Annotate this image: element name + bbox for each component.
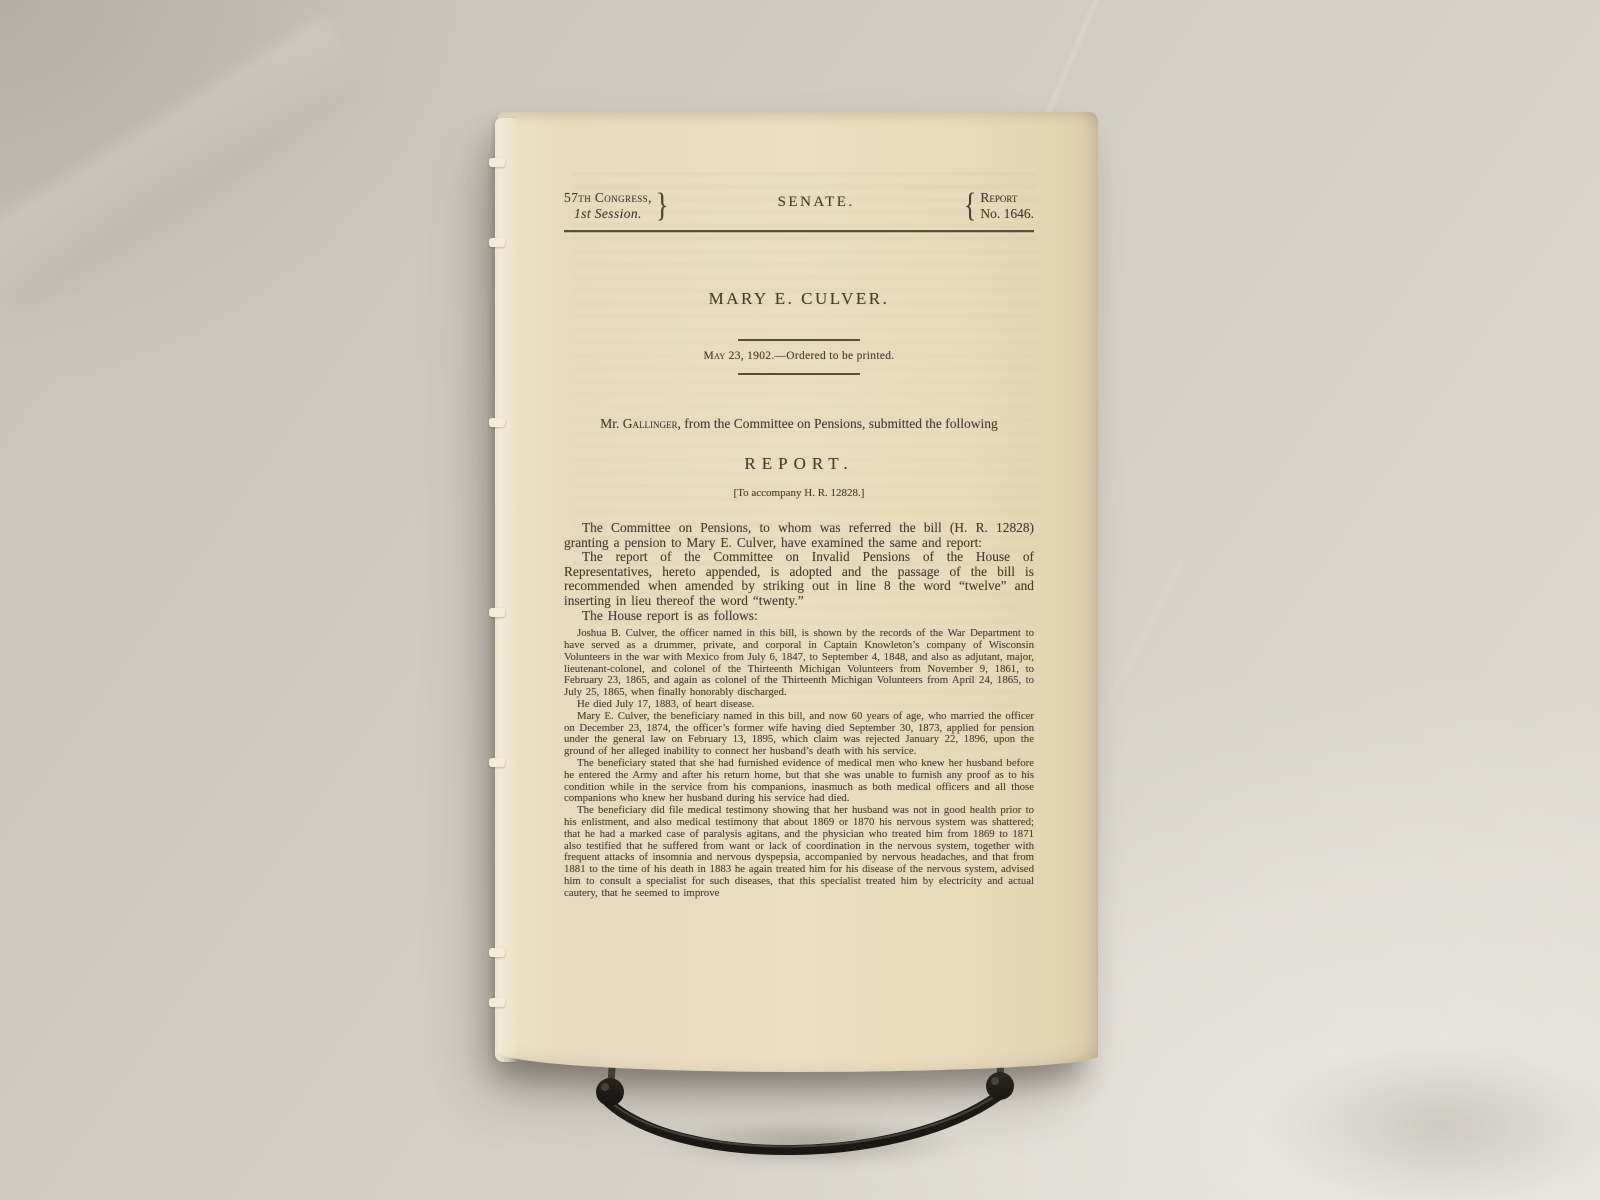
masthead: 57th Congress, 1st Session. } SENATE. { … [564, 184, 1034, 228]
photo-of-senate-report: { "colors": { "paper": "#e9dcc0", "fabri… [0, 0, 1600, 1200]
submitted-rest: , from the Committee on Pensions, submit… [678, 416, 998, 431]
paragraph: The Committee on Pensions, to whom was r… [564, 521, 1034, 550]
report-number: No. 1646. [980, 206, 1034, 222]
month-smallcaps: May [704, 350, 726, 362]
spine-notch [489, 758, 505, 767]
dateline-rest: 23, 1902.—Ordered to be printed. [726, 350, 895, 362]
stand-left-ball-highlight [601, 1083, 609, 1091]
right-brace-glyph: { [964, 189, 976, 223]
report-number-block: Report No. 1646. [980, 190, 1034, 222]
congress-line: 57th Congress, [564, 190, 652, 206]
chamber-title: SENATE. [670, 194, 962, 219]
submitted-line: Mr. Gallinger, from the Committee on Pen… [564, 415, 1034, 432]
spine-notch [489, 158, 505, 167]
divider-rule [738, 339, 860, 341]
paragraph: The report of the Committee on Invalid P… [564, 550, 1034, 608]
session-line: 1st Session. [564, 206, 652, 222]
paragraph: The beneficiary stated that she had furn… [564, 758, 1034, 805]
sewn-spine-edge [495, 118, 519, 1062]
senator-name: Gallinger [623, 416, 678, 431]
spine-notch [489, 948, 505, 957]
document-title: MARY E. CULVER. [564, 289, 1034, 309]
spine-notch [489, 998, 505, 1007]
report-heading: REPORT. [564, 454, 1034, 474]
house-report-extract: Joshua B. Culver, the officer named in t… [564, 628, 1034, 899]
paragraph: The House report is as follows: [564, 609, 1034, 624]
order-dateline: May 23, 1902.—Ordered to be printed. [564, 350, 1034, 362]
committee-report-body: The Committee on Pensions, to whom was r… [564, 521, 1034, 623]
honorific: Mr. [600, 416, 623, 431]
spine-notch [489, 418, 505, 427]
report-label: Report [980, 190, 1034, 206]
stand-right-ball [986, 1072, 1014, 1100]
report-page: 57th Congress, 1st Session. } SENATE. { … [564, 184, 1034, 1072]
spine-notch [489, 238, 505, 247]
paragraph: The beneficiary did file medical testimo… [564, 805, 1034, 899]
paragraph: He died July 17, 1883, of heart disease. [564, 699, 1034, 711]
stand-left-ball [596, 1078, 624, 1106]
fabric-fold-highlight [0, 16, 372, 315]
accompany-line: [To accompany H. R. 12828.] [564, 487, 1034, 499]
stand-right-ball-highlight [991, 1077, 999, 1085]
paragraph: Mary E. Culver, the beneficiary named in… [564, 711, 1034, 758]
masthead-rule [564, 230, 1034, 233]
paragraph: Joshua B. Culver, the officer named in t… [564, 628, 1034, 699]
spine-notch [489, 608, 505, 617]
left-brace-glyph: } [656, 189, 668, 223]
senate-report-pamphlet: 57th Congress, 1st Session. } SENATE. { … [498, 112, 1098, 1072]
divider-rule [738, 373, 860, 375]
congress-session: 57th Congress, 1st Session. [564, 190, 652, 222]
fabric-fold-shadow [1230, 990, 1600, 1200]
